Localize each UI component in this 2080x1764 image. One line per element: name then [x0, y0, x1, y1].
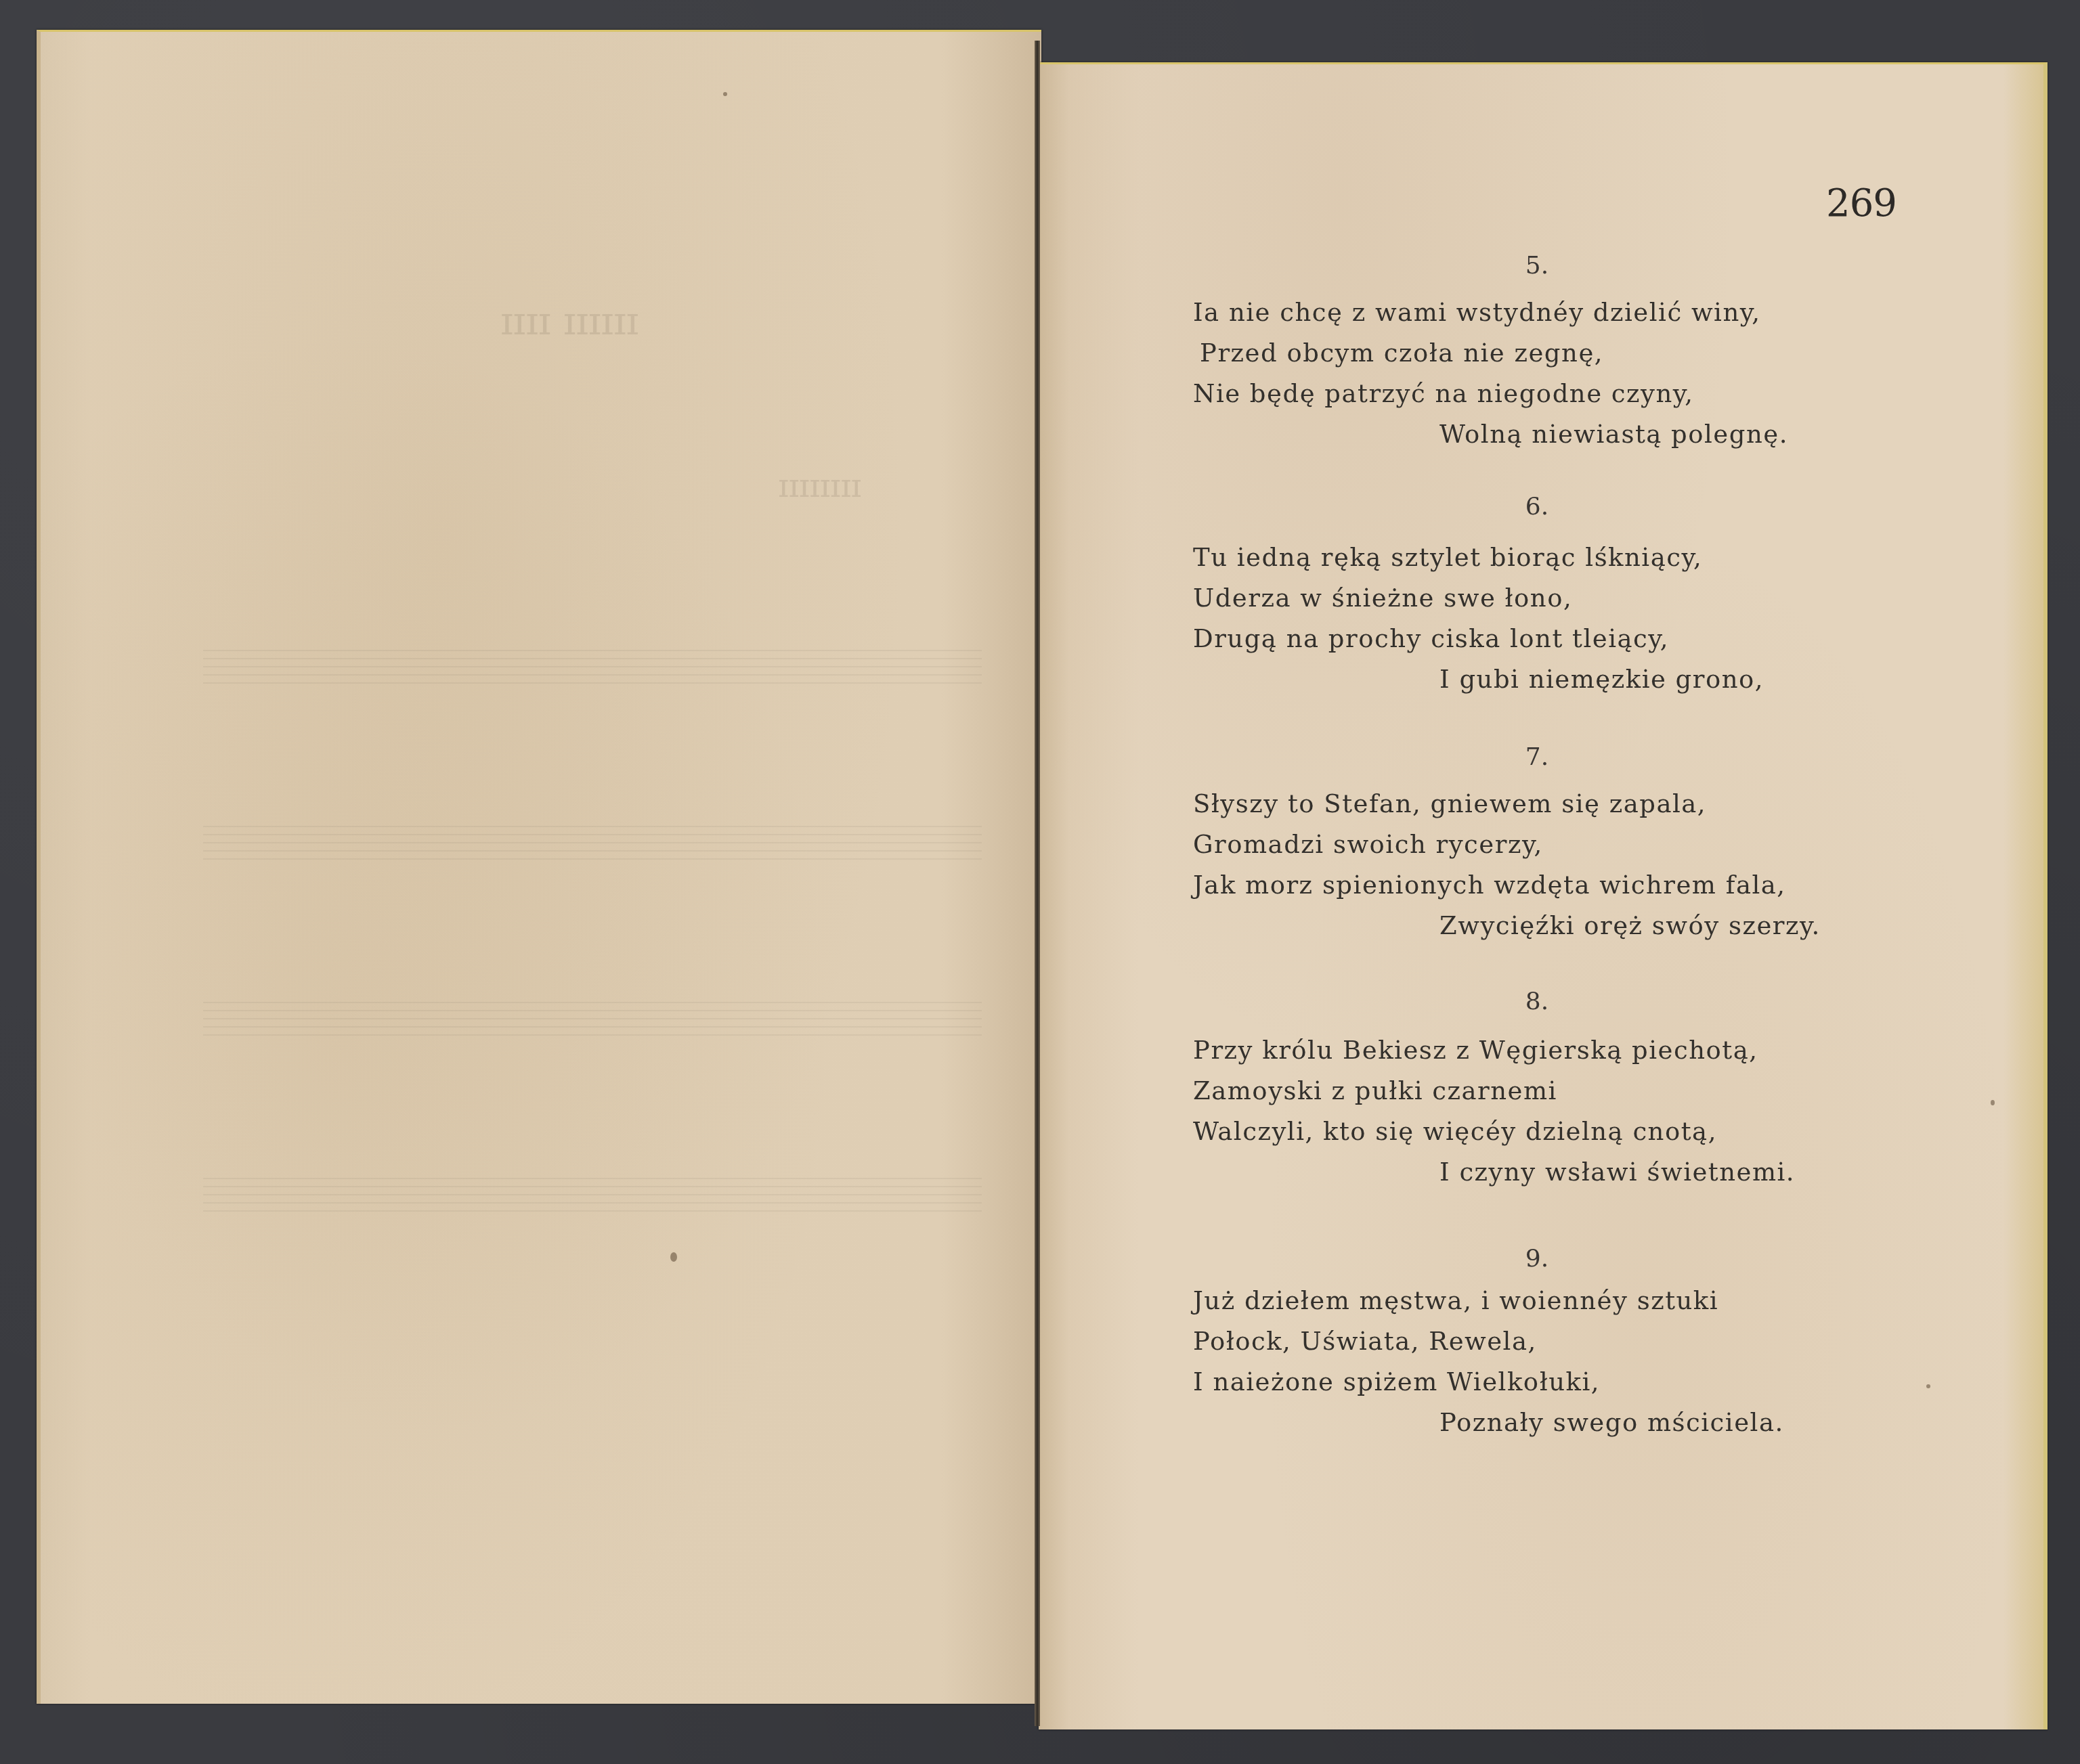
stanza-number: 7. — [1517, 743, 1557, 771]
verse-line: Poznały swego mściciela. — [1439, 1408, 1784, 1437]
verse-line: Ia nie chcę z wami wstydnéy dzielić winy… — [1193, 298, 1761, 327]
bleed-through-staff — [203, 1002, 982, 1042]
verse-line: Już dziełem męstwa, i woiennéy sztuki — [1193, 1286, 1718, 1315]
verse-line: Drugą na prochy ciska lont tleiący, — [1193, 624, 1669, 653]
verse-line: Gromadzi swoich rycerzy, — [1193, 830, 1543, 859]
bleed-through-staff — [203, 650, 982, 690]
stanza-number: 8. — [1517, 988, 1557, 1015]
book-gutter — [1035, 41, 1040, 1726]
paper-speck — [723, 92, 727, 96]
left-page — [37, 30, 1041, 1704]
stanza-number: 5. — [1517, 252, 1557, 280]
page-number: 269 — [1826, 181, 1897, 225]
verse-line: Uderza w śnieżne swe łono, — [1193, 583, 1572, 613]
verse-line: I czyny wsławi świetnemi. — [1439, 1157, 1795, 1187]
bleed-through-staff — [203, 826, 982, 866]
bleed-through-word: ɪɪɪɪɪɪɪɪ — [779, 467, 862, 505]
verse-line: I gubi niemęzkie grono, — [1439, 665, 1764, 694]
verse-line: Jak morz spienionych wzdęta wichrem fala… — [1193, 870, 1786, 900]
verse-line: Walczyli, kto się więcéy dzielną cnotą, — [1193, 1117, 1717, 1146]
bleed-through-staff — [203, 1178, 982, 1218]
verse-line: Tu iedną ręką sztylet biorąc lśkniący, — [1193, 543, 1702, 572]
verse-line: I naieżone spiżem Wielkołuki, — [1193, 1367, 1600, 1396]
verse-line: Przed obcym czoła nie zegnę, — [1200, 338, 1603, 368]
stanza-number: 9. — [1517, 1245, 1557, 1273]
bleed-through-title: ɪɪɪɪɪɪ ɪɪɪɪ — [501, 298, 639, 344]
paper-speck — [1926, 1384, 1930, 1388]
paper-speck — [670, 1252, 677, 1262]
verse-line: Słyszy to Stefan, gniewem się zapala, — [1193, 789, 1706, 818]
verse-line: Wolną niewiastą polegnę. — [1439, 420, 1788, 449]
verse-line: Połock, Uświata, Rewela, — [1193, 1327, 1537, 1356]
paper-speck — [1991, 1100, 1995, 1105]
verse-line: Nie będę patrzyć na niegodne czyny, — [1193, 379, 1694, 408]
verse-line: Przy królu Bekiesz z Węgierską piechotą, — [1193, 1036, 1758, 1065]
verse-line: Zwycięźki oręż swóy szerzy. — [1439, 911, 1821, 940]
verse-line: Zamoyski z pułki czarnemi — [1193, 1076, 1557, 1105]
stanza-number: 6. — [1517, 493, 1557, 521]
